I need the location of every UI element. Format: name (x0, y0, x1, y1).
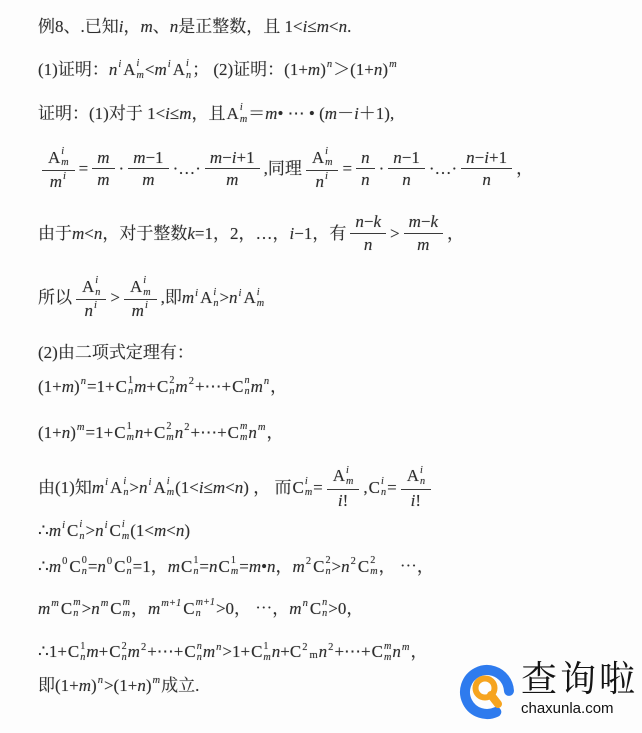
math-fraction: mm (92, 148, 114, 190)
math-text: − (475, 148, 485, 168)
math-text: > (82, 598, 92, 619)
math-var: m (140, 16, 152, 37)
math-text: −1 (402, 148, 420, 168)
math-scripted-sup: n (197, 641, 202, 652)
math-sup: n (216, 641, 221, 654)
math-scripted-sup: m (240, 421, 247, 432)
math-var: n (361, 170, 370, 190)
math-scripted-sup: n (322, 597, 327, 608)
math-scripted-sup: n (244, 375, 249, 386)
math-sup: i (118, 58, 121, 71)
math-scripted-sub: m (123, 608, 130, 619)
math-text: +⋯+ (334, 641, 370, 662)
math-var: n (91, 598, 100, 619)
math-scripted-base: A (243, 287, 255, 308)
math-scripted-sub: n (169, 386, 174, 397)
math-scripted: Aim (243, 287, 264, 310)
math-script-stack: in (381, 476, 386, 499)
math-scripted-sup: i (143, 275, 146, 286)
math-sup: 2 (189, 375, 194, 388)
math-scripted-base: A (200, 287, 212, 308)
math-fraction-numerator: n (356, 148, 375, 170)
math-scripted-base: C (228, 422, 239, 443)
math-script-stack: in (213, 287, 218, 310)
math-scripted-sup: i (257, 287, 260, 298)
math-scripted-base: C (310, 598, 321, 619)
math-scripted-base: C (67, 520, 78, 541)
math-fraction: Aimi! (327, 465, 360, 510)
math-sup: m+1 (161, 597, 181, 610)
math-scripted-sub: n (128, 386, 133, 397)
math-scripted: Ain (82, 275, 100, 298)
math-var: k (430, 212, 438, 232)
math-var: m (210, 148, 222, 168)
math-fraction-denominator: i! (338, 490, 348, 511)
math-text: 是正整数，且 1< (178, 16, 302, 37)
math-fraction: n−kn (350, 212, 386, 254)
math-fraction: Aini! (401, 465, 431, 510)
math-script-stack: 1n (80, 641, 85, 664)
math-scripted-base: C (114, 422, 125, 443)
math-scripted-sub: m (240, 114, 247, 125)
math-text: >(1+ (104, 675, 137, 696)
math-fraction-numerator: n−k (350, 212, 386, 234)
math-var: m (409, 212, 421, 232)
math-scripted-sub: n (322, 608, 327, 619)
math-text: 由于 (38, 223, 72, 244)
math-text: ； (2)证明：(1+ (192, 59, 308, 80)
math-scripted: Aim (123, 58, 144, 81)
math-text: ) (184, 520, 190, 541)
math-scripted-sub: n (196, 608, 201, 619)
math-script-stack: im (305, 476, 312, 499)
math-var: m (417, 235, 429, 255)
math-sup: i (62, 519, 65, 532)
math-script-stack: im (143, 275, 150, 298)
math-var: n (109, 59, 118, 80)
math-script-stack: nn (322, 597, 327, 620)
math-scripted: C2n (157, 375, 174, 398)
math-text: =1， (133, 556, 168, 577)
math-scripted: C1m (251, 641, 271, 664)
math-scripted-base: C (292, 477, 303, 498)
math-text: −1，有 (294, 223, 346, 244)
math-sub: m (309, 649, 317, 662)
math-scripted-sub: m (166, 432, 173, 443)
math-text: ) (146, 675, 152, 696)
math-text: < (225, 477, 235, 498)
math-scripted-base: C (69, 556, 80, 577)
math-var: n (466, 148, 475, 168)
math-scripted: Cnn (232, 375, 249, 398)
math-text: = (199, 556, 209, 577)
math-line: 所以Ainni>Aimmi,即miAin>niAim (38, 275, 636, 320)
math-text: ∴ (38, 556, 49, 577)
math-var: m (325, 103, 337, 124)
math-text: ·…· (429, 158, 457, 179)
math-sup: m (258, 421, 266, 434)
math-scripted: Cm+1n (183, 597, 215, 620)
math-scripted: Cmm (228, 421, 248, 444)
math-text: , (363, 477, 367, 498)
math-scripted-sup: 1 (127, 421, 132, 432)
math-sup: m (402, 641, 410, 654)
math-text: + (280, 641, 290, 662)
math-var: m (289, 598, 301, 619)
math-sup: i (94, 300, 97, 312)
math-scripted: Cnn (310, 597, 327, 620)
math-text: － (337, 103, 354, 124)
math-text: ) (74, 376, 80, 397)
math-text: +1 (237, 148, 255, 168)
math-text: = (342, 158, 352, 179)
math-scripted: Cmm (372, 641, 392, 664)
math-scripted-sub: n (244, 386, 249, 397)
math-fraction-numerator: Aim (42, 146, 75, 171)
math-text: C (290, 641, 301, 662)
math-var: m (148, 598, 160, 619)
math-text: + (143, 422, 153, 443)
math-fraction: n−i+1n (461, 148, 512, 190)
math-text: ∴1+ (38, 641, 67, 662)
document-page: 例8、.已知 i，m、n 是正整数，且 1<i≤m<n.(1)证明：niAim<… (0, 0, 642, 733)
math-text: ，对于整数 (102, 223, 187, 244)
math-sup: 0 (107, 555, 112, 568)
math-scripted-sup: i (213, 287, 216, 298)
math-scripted-base: C (61, 598, 72, 619)
math-fraction-denominator: ni (315, 171, 328, 192)
math-text: = (79, 158, 89, 179)
math-text: ， (270, 376, 287, 397)
math-scripted-sub: n (325, 566, 330, 577)
math-scripted-sup: i (420, 465, 423, 476)
math-text: ，且 (192, 103, 226, 124)
math-text: ,即 (161, 287, 182, 308)
math-scripted-base: A (110, 477, 122, 498)
math-var: n (139, 477, 148, 498)
math-text: . (347, 16, 351, 37)
math-scripted-base: A (407, 466, 419, 486)
math-scripted: Aim (153, 476, 174, 499)
math-text: ， (447, 223, 464, 244)
math-scripted: C2n (313, 555, 330, 578)
math-fraction-numerator: Aim (124, 275, 157, 300)
math-var: m (49, 556, 61, 577)
math-scripted-sub: m (127, 432, 134, 443)
math-scripted-sub: n (95, 287, 100, 298)
math-scripted-sup: m+1 (196, 597, 215, 608)
math-scripted-base: A (312, 148, 324, 168)
math-scripted: C1m (219, 555, 239, 578)
math-var: m (134, 376, 146, 397)
math-script-stack: 2m (166, 421, 173, 444)
math-scripted-base: A (173, 59, 185, 80)
math-text: ) ， 而 (243, 477, 291, 498)
math-scripted: Aim (227, 102, 248, 125)
math-script-stack: in (186, 58, 191, 81)
math-text: (1< (175, 477, 199, 498)
math-scripted: Ain (173, 58, 191, 81)
math-text: > (332, 556, 342, 577)
math-sup: m (152, 674, 160, 687)
math-scripted: Cin (67, 519, 84, 542)
math-fraction: n−1n (388, 148, 425, 190)
math-scripted: C2n (109, 641, 126, 664)
math-sup: m (51, 597, 59, 610)
math-scripted-base: A (153, 477, 165, 498)
math-text: − (364, 212, 374, 232)
math-var: n (364, 235, 373, 255)
math-scripted-base: C (251, 641, 262, 662)
math-fraction-denominator: m (417, 234, 429, 255)
math-fraction-numerator: m−k (404, 212, 443, 234)
math-scripted: Cin (369, 476, 386, 499)
math-line: ∴m0C0n=n0C0n=1， mC1n=nC1m=m • n， m2C2n>n… (38, 555, 636, 578)
math-scripted-sup: 2 (325, 555, 330, 566)
magnifier-logo-icon (459, 663, 519, 725)
math-sup: 0 (62, 555, 67, 568)
math-sup: i (105, 519, 108, 532)
math-line: mmCmn>nmCmm， mm+1Cm+1n>0， ⋯， mnCnn>0， (38, 597, 636, 620)
math-scripted-sub: m (137, 70, 144, 81)
math-line: (2)由二项式定理有： (38, 342, 636, 363)
math-fraction-denominator: n (402, 169, 411, 190)
math-var: m (49, 520, 61, 541)
math-text: ≤ (204, 477, 213, 498)
math-var: m (97, 148, 109, 168)
math-content: 例8、.已知 i，m、n 是正整数，且 1<i≤m<n.(1)证明：niAim<… (38, 16, 636, 717)
math-scripted-sup: i (167, 476, 170, 487)
math-scripted-sub: m (240, 432, 247, 443)
math-scripted-sup: i (95, 275, 98, 286)
math-scripted-base: A (82, 277, 94, 297)
math-var: m (62, 376, 74, 397)
math-text: > (110, 287, 120, 308)
math-scripted: Cim (110, 519, 130, 542)
math-script-stack: 0n (82, 555, 87, 578)
math-sup: i (325, 171, 328, 183)
math-text: =1+ (87, 376, 115, 397)
math-var: n (339, 16, 348, 37)
math-text: < (145, 59, 155, 80)
math-scripted-sub: n (122, 652, 127, 663)
math-line: 例8、.已知 i，m、n 是正整数，且 1<i≤m<n. (38, 16, 636, 37)
math-text: ) (91, 675, 97, 696)
brand-name: 查询啦 (521, 659, 638, 700)
math-text: ,同理 (264, 158, 302, 179)
math-scripted-sup: i (122, 519, 125, 530)
math-text: ! (343, 491, 349, 511)
math-fraction-denominator: m (226, 169, 238, 190)
math-scripted-sup: 1 (231, 555, 236, 566)
math-scripted-base: C (154, 422, 165, 443)
math-text: >0， ⋯， (216, 598, 289, 619)
math-scripted-sub: n (127, 566, 132, 577)
math-scripted-sup: 2 (122, 641, 127, 652)
math-scripted-base: C (184, 641, 195, 662)
math-scripted: Aim (48, 146, 69, 169)
math-text: ) (320, 59, 326, 80)
math-scripted-sub: m (143, 287, 150, 298)
math-text: 例8、.已知 (38, 16, 119, 37)
math-scripted-sup: i (137, 58, 140, 69)
math-scripted-sup: m (384, 641, 391, 652)
math-text: (1)证明： (38, 59, 109, 80)
math-var: m (132, 301, 144, 321)
math-fraction-denominator: mi (132, 300, 149, 321)
math-var: m (168, 556, 180, 577)
math-var: n (392, 641, 401, 662)
math-scripted: C1n (116, 375, 133, 398)
math-script-stack: nn (244, 375, 249, 398)
math-fraction: Ainni (76, 275, 106, 320)
math-script-stack: mm (123, 597, 130, 620)
math-scripted-sup: 1 (193, 555, 198, 566)
math-scripted-sub: n (82, 566, 87, 577)
math-scripted: C1m (114, 421, 134, 444)
math-scripted-base: A (130, 277, 142, 297)
math-var: m (251, 376, 263, 397)
math-fraction: Aimni (306, 146, 339, 191)
math-script-stack: im (240, 102, 247, 125)
math-scripted-sup: 2 (370, 555, 375, 566)
math-scripted-sup: i (346, 465, 349, 476)
math-var: n (355, 212, 364, 232)
math-sup: 2 (306, 555, 311, 568)
math-text: 所以 (38, 287, 72, 308)
math-scripted: C1n (68, 641, 85, 664)
math-line: (1)证明：niAim<miAin； (2)证明：(1+m)n＞(1+n)m (38, 58, 636, 81)
math-sup: n (303, 597, 308, 610)
math-scripted-base: C (313, 556, 324, 577)
math-var: m (128, 641, 140, 662)
math-scripted: Aim (333, 465, 354, 488)
math-line: (1+n)m=1+C1mn+C2mn2+⋯+Cmmnm， (38, 421, 636, 444)
math-script-stack: 1m (263, 641, 270, 664)
math-sup: n (81, 375, 86, 388)
math-sup: m (77, 421, 85, 434)
math-text: ， (410, 641, 427, 662)
math-text: 即(1+ (38, 675, 79, 696)
math-scripted: Cim (292, 476, 312, 499)
math-sup: n (264, 375, 269, 388)
math-fraction-numerator: Ain (76, 275, 106, 300)
math-var: m (265, 103, 277, 124)
math-var: m (133, 148, 145, 168)
math-text: +⋯+ (190, 422, 226, 443)
math-line: Aimmi=mm·m−1m·…·m−i+1m,同理Aimni=nn·n−1n·…… (38, 146, 636, 191)
math-scripted-sub: m (346, 476, 353, 487)
math-text: < (329, 16, 339, 37)
math-scripted-base: A (123, 59, 135, 80)
math-scripted-sup: i (79, 519, 82, 530)
math-var: m (293, 556, 305, 577)
math-script-stack: im (122, 519, 129, 542)
math-script-stack: im (137, 58, 144, 81)
math-text: > (85, 520, 95, 541)
math-script-stack: m+1n (196, 597, 215, 620)
math-line: 证明：(1)对于 1<i≤m，且 Aim ＝m • ⋯ • (m－i＋1), (38, 102, 636, 125)
math-text: ， ⋯， (379, 556, 434, 577)
math-scripted-base: C (114, 556, 125, 577)
math-var: m (226, 170, 238, 190)
math-line: (1+m)n=1+C1nm+C2nm2+⋯+Cnnmn， (38, 375, 636, 398)
math-text: ＞(1+ (333, 59, 374, 80)
math-scripted-sub: n (213, 298, 218, 309)
math-text: • ⋯ • ( (277, 103, 324, 124)
math-var: m (175, 376, 187, 397)
math-sup: 2 (302, 641, 307, 654)
math-var: n (319, 641, 328, 662)
math-var: m (72, 223, 84, 244)
math-text: + (146, 376, 156, 397)
math-var: m (92, 477, 104, 498)
math-scripted-base: C (157, 376, 168, 397)
math-text: = (88, 556, 98, 577)
math-scripted-sup: 1 (263, 641, 268, 652)
math-script-stack: mm (384, 641, 391, 664)
math-var: m (203, 641, 215, 662)
math-scripted-sub: n (80, 652, 85, 663)
math-scripted-sub: n (73, 608, 78, 619)
math-text: ， (131, 598, 148, 619)
math-script-stack: im (167, 476, 174, 499)
math-scripted: C2m (358, 555, 378, 578)
math-text: ， (516, 158, 533, 179)
math-scripted-sup: i (61, 146, 64, 157)
math-scripted-base: C (372, 641, 383, 662)
math-scripted-sup: i (381, 476, 384, 487)
math-var: m (50, 172, 62, 192)
math-text: ， (276, 556, 293, 577)
math-script-stack: im (346, 465, 353, 488)
math-fraction-denominator: n (364, 234, 373, 255)
math-text: ≤ (307, 16, 316, 37)
math-var: m (86, 641, 98, 662)
math-scripted-sup: i (123, 476, 126, 487)
math-text: =1，2，…， (195, 223, 290, 244)
math-text: < (166, 520, 176, 541)
math-scripted: C0n (69, 555, 86, 578)
math-sup: 2 (328, 641, 333, 654)
math-var: n (209, 556, 218, 577)
math-var: n (315, 172, 324, 192)
math-text: −1 (145, 148, 163, 168)
math-scripted-sup: 2 (166, 421, 171, 432)
math-fraction-numerator: m (92, 148, 114, 170)
math-sup: i (145, 300, 148, 312)
math-script-stack: 2n (122, 641, 127, 664)
math-var: n (248, 422, 257, 443)
math-scripted-base: C (369, 477, 380, 498)
math-scripted: Ain (200, 287, 218, 310)
math-scripted: Aim (130, 275, 151, 298)
math-line: 由(1)知 miAin>niAim (1<i≤m<n ) ， 而 Cim=Aim… (38, 465, 636, 510)
math-scripted: C0n (114, 555, 131, 578)
math-scripted-base: C (232, 376, 243, 397)
math-scripted: Ain (407, 465, 425, 488)
math-scripted-sub: m (61, 157, 68, 168)
math-scripted-sub: n (381, 487, 386, 498)
math-var: m (317, 16, 329, 37)
math-fraction-numerator: m−1 (128, 148, 168, 170)
math-sup: i (105, 476, 108, 489)
math-sup: i (63, 171, 66, 183)
math-var: k (373, 212, 381, 232)
math-text: 由(1)知 (38, 477, 92, 498)
math-text: > (219, 287, 229, 308)
watermark: 查询啦 chaxunla.com (459, 659, 638, 725)
